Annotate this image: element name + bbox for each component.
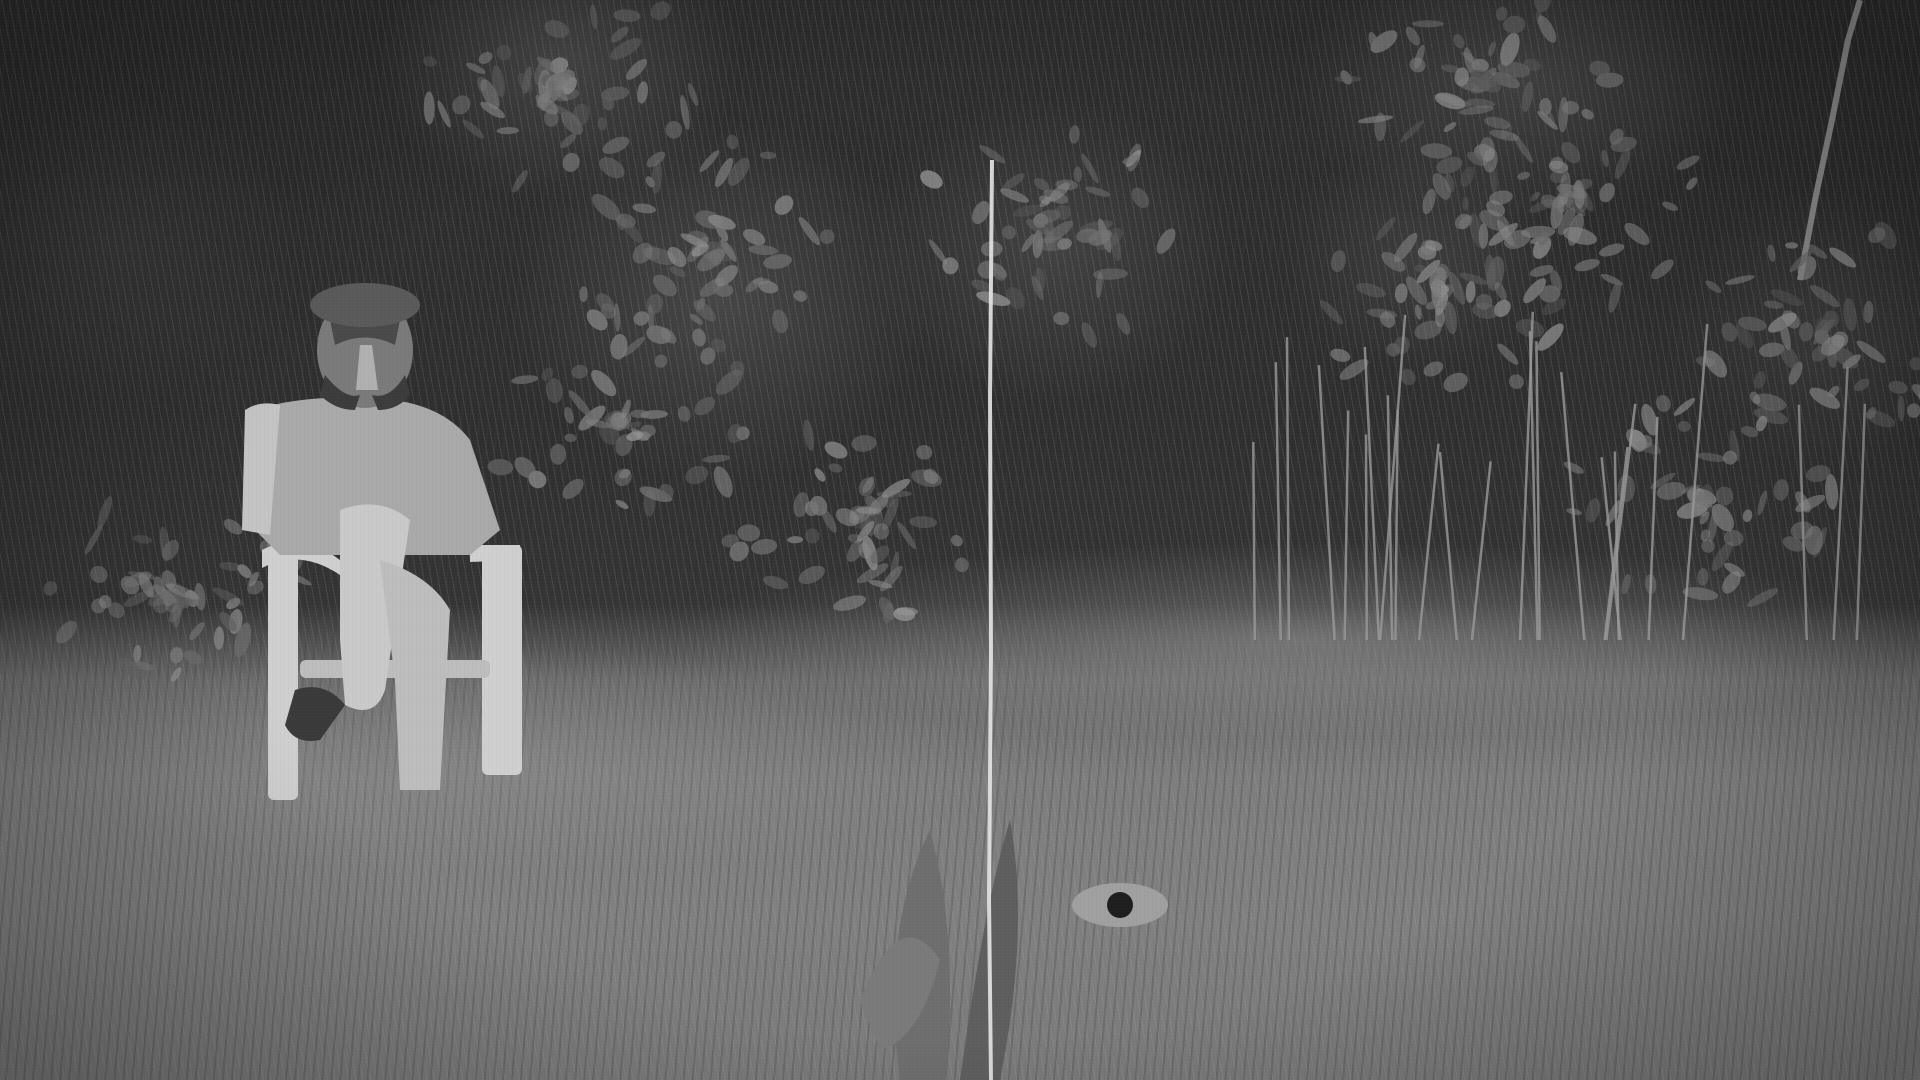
photograph bbox=[0, 0, 1920, 1080]
vignette bbox=[0, 0, 1920, 1080]
